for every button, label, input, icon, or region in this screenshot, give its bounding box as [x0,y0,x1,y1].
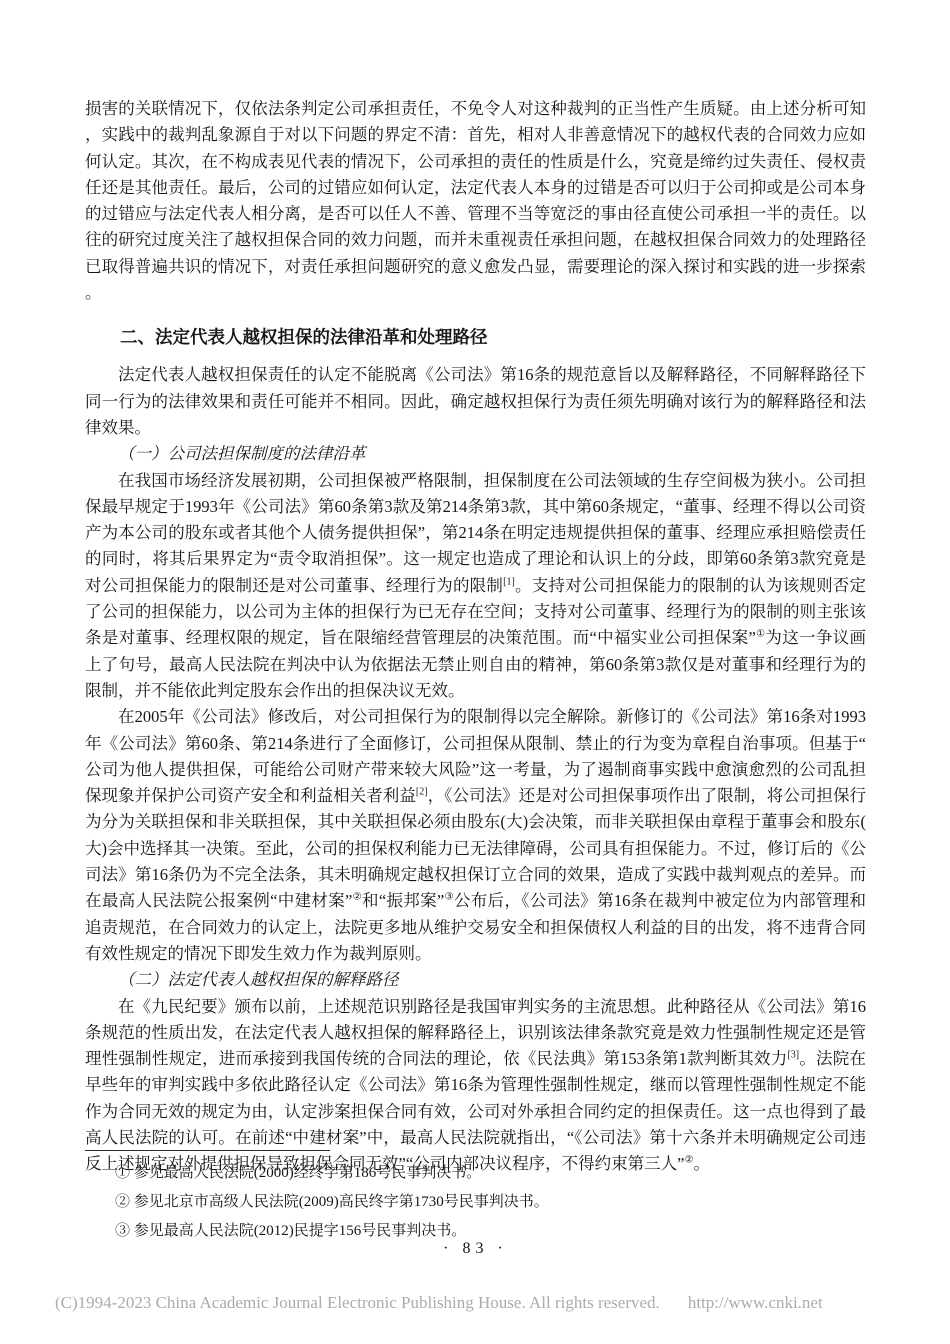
cnki-footer: (C)1994-2023 China Academic Journal Elec… [55,1293,935,1313]
subsection-heading-2: （二）法定代表人越权担保的解释路径 [85,967,866,993]
paragraph-continuation: 损害的关联情况下，仅依法条判定公司承担责任，不免令人对这种裁判的正当性产生质疑。… [85,96,866,306]
footnote-2: ② 参见北京市高级人民法院(2009)高民终字第1730号民事判决书。 [85,1188,866,1217]
footnote-1: ① 参见最高人民法院(2000)经终字第186号民事判决书。 [85,1159,866,1188]
footer-copyright: (C)1994-2023 China Academic Journal Elec… [55,1293,660,1312]
subsection-heading-1: （一）公司法担保制度的法律沿革 [85,441,866,467]
paragraph-intro: 法定代表人越权担保责任的认定不能脱离《公司法》第16条的规范意旨以及解释路径，不… [85,362,866,441]
article-body: 损害的关联情况下，仅依法条判定公司承担责任，不免令人对这种裁判的正当性产生质疑。… [85,96,866,1178]
page-number: · 83 · [85,1240,866,1258]
footer-url: http://www.cnki.net [688,1293,823,1312]
footnote-divider [85,1150,330,1151]
journal-page: 损害的关联情况下，仅依法条判定公司承担责任，不免令人对这种裁判的正当性产生质疑。… [0,0,950,1344]
footnotes-section: ① 参见最高人民法院(2000)经终字第186号民事判决书。 ② 参见北京市高级… [85,1150,866,1246]
paragraph-2005-revision: 在2005年《公司法》修改后，对公司担保行为的限制得以完全解除。新修订的《公司法… [85,704,866,967]
section-heading: 二、法定代表人越权担保的法律沿革和处理路径 [85,324,866,350]
paragraph-legal-history: 在我国市场经济发展初期，公司担保被严格限制，担保制度在公司法领域的生存空间极为狭… [85,468,866,705]
